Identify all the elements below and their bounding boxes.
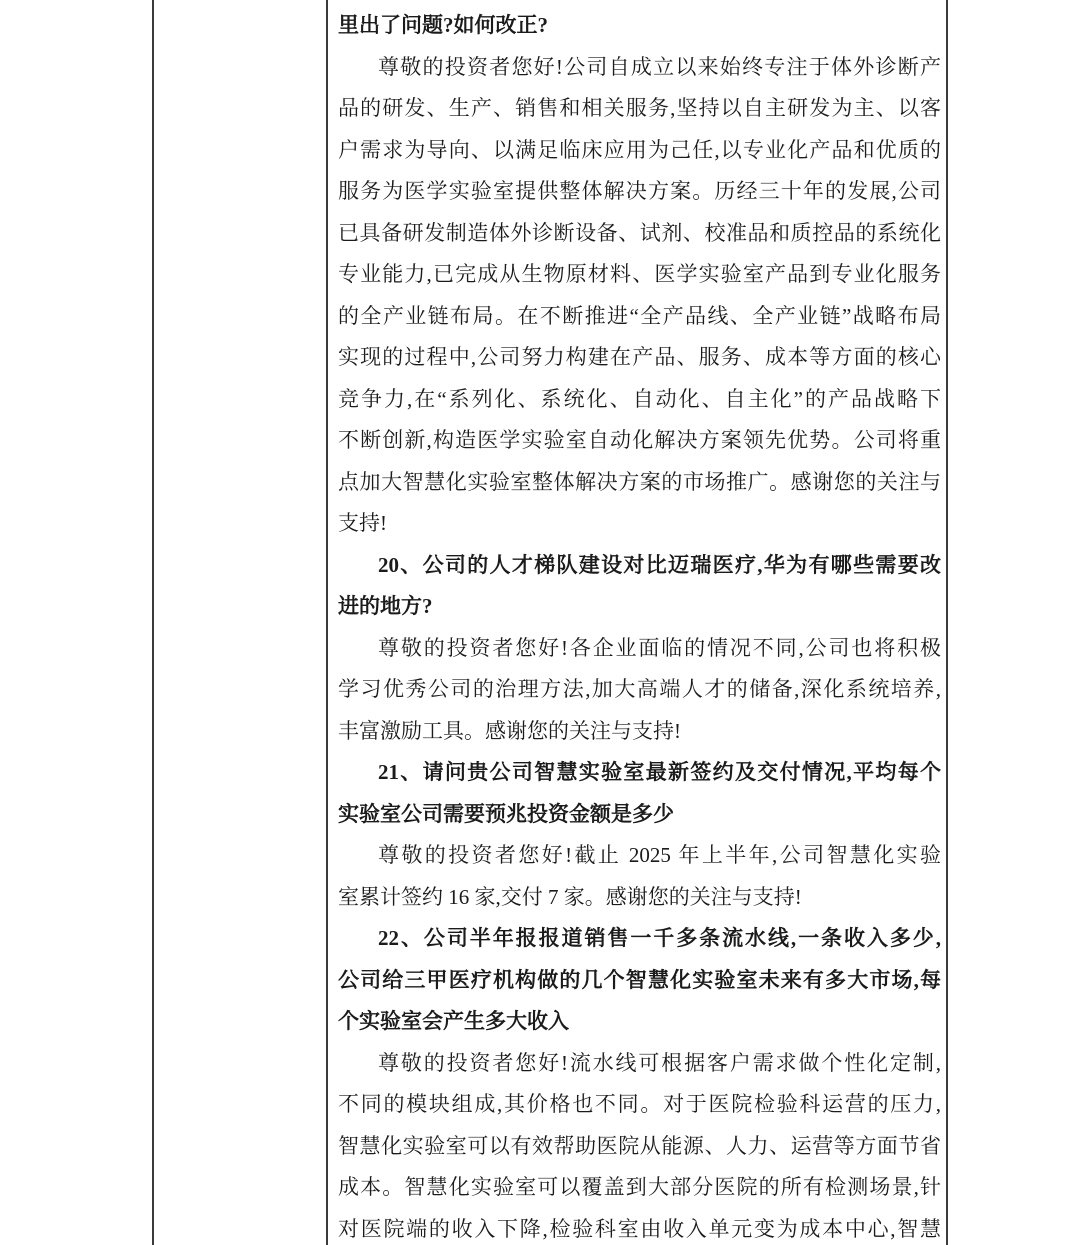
answer-text-line: 室累计签约 16 家,交付 7 家。感谢您的关注与支持!: [338, 877, 941, 919]
answer-text-line: 户需求为导向、以满足临床应用为己任,以专业化产品和优质的: [338, 130, 941, 172]
table-border-middle: [326, 0, 328, 1245]
answer-text-line: 点加大智慧化实验室整体解决方案的市场推广。感谢您的关注与: [338, 462, 941, 504]
answer-text-line: 已具备研发制造体外诊断设备、试剂、校准品和质控品的系统化: [338, 213, 941, 255]
question-heading-line: 22、公司半年报报道销售一千多条流水线,一条收入多少,: [338, 918, 941, 960]
answer-text-line: 专业能力,已完成从生物原材料、医学实验室产品到专业化服务: [338, 254, 941, 296]
question-heading-line: 实验室公司需要预兆投资金额是多少: [338, 794, 941, 836]
answer-text-line: 成本。智慧化实验室可以覆盖到大部分医院的所有检测场景,针: [338, 1167, 941, 1209]
answer-text-line: 丰富激励工具。感谢您的关注与支持!: [338, 711, 941, 753]
question-heading-line: 21、请问贵公司智慧实验室最新签约及交付情况,平均每个: [338, 752, 941, 794]
answer-text-line: 尊敬的投资者您好!截止 2025 年上半年,公司智慧化实验: [338, 835, 941, 877]
document-page: 里出了问题?如何改正? 尊敬的投资者您好!公司自成立以来始终专注于体外诊断产 品…: [0, 0, 1080, 1245]
answer-text-line: 不断创新,构造医学实验室自动化解决方案领先优势。公司将重: [338, 420, 941, 462]
answer-text-line: 品的研发、生产、销售和相关服务,坚持以自主研发为主、以客: [338, 88, 941, 130]
qa-text-cell: 里出了问题?如何改正? 尊敬的投资者您好!公司自成立以来始终专注于体外诊断产 品…: [338, 5, 941, 1245]
answer-text-line: 竞争力,在“系列化、系统化、自动化、自主化”的产品战略下: [338, 379, 941, 421]
table-border-left: [152, 0, 154, 1245]
answer-text-line: 智慧化实验室可以有效帮助医院从能源、人力、运营等方面节省: [338, 1126, 941, 1168]
answer-text-line: 不同的模块组成,其价格也不同。对于医院检验科运营的压力,: [338, 1084, 941, 1126]
table-border-right: [946, 0, 948, 1245]
answer-text-line: 的全产业链布局。在不断推进“全产品线、全产业链”战略布局: [338, 296, 941, 338]
answer-text-line: 服务为医学实验室提供整体解决方案。历经三十年的发展,公司: [338, 171, 941, 213]
question-heading-line: 进的地方?: [338, 586, 941, 628]
question-heading-line: 20、公司的人才梯队建设对比迈瑞医疗,华为有哪些需要改: [338, 545, 941, 587]
question-heading-line: 公司给三甲医疗机构做的几个智慧化实验室未来有多大市场,每: [338, 960, 941, 1002]
answer-text-line: 实现的过程中,公司努力构建在产品、服务、成本等方面的核心: [338, 337, 941, 379]
question-heading-line: 个实验室会产生多大收入: [338, 1001, 941, 1043]
answer-text-line: 支持!: [338, 503, 941, 545]
answer-text-line: 尊敬的投资者您好!流水线可根据客户需求做个性化定制,: [338, 1043, 941, 1085]
answer-text-line: 尊敬的投资者您好!各企业面临的情况不同,公司也将积极: [338, 628, 941, 670]
answer-text-line: 学习优秀公司的治理方法,加大高端人才的储备,深化系统培养,: [338, 669, 941, 711]
question-heading-line: 里出了问题?如何改正?: [338, 5, 941, 47]
answer-text-line: 对医院端的收入下降,检验科室由收入单元变为成本中心,智慧: [338, 1209, 941, 1245]
answer-text-line: 尊敬的投资者您好!公司自成立以来始终专注于体外诊断产: [338, 47, 941, 89]
